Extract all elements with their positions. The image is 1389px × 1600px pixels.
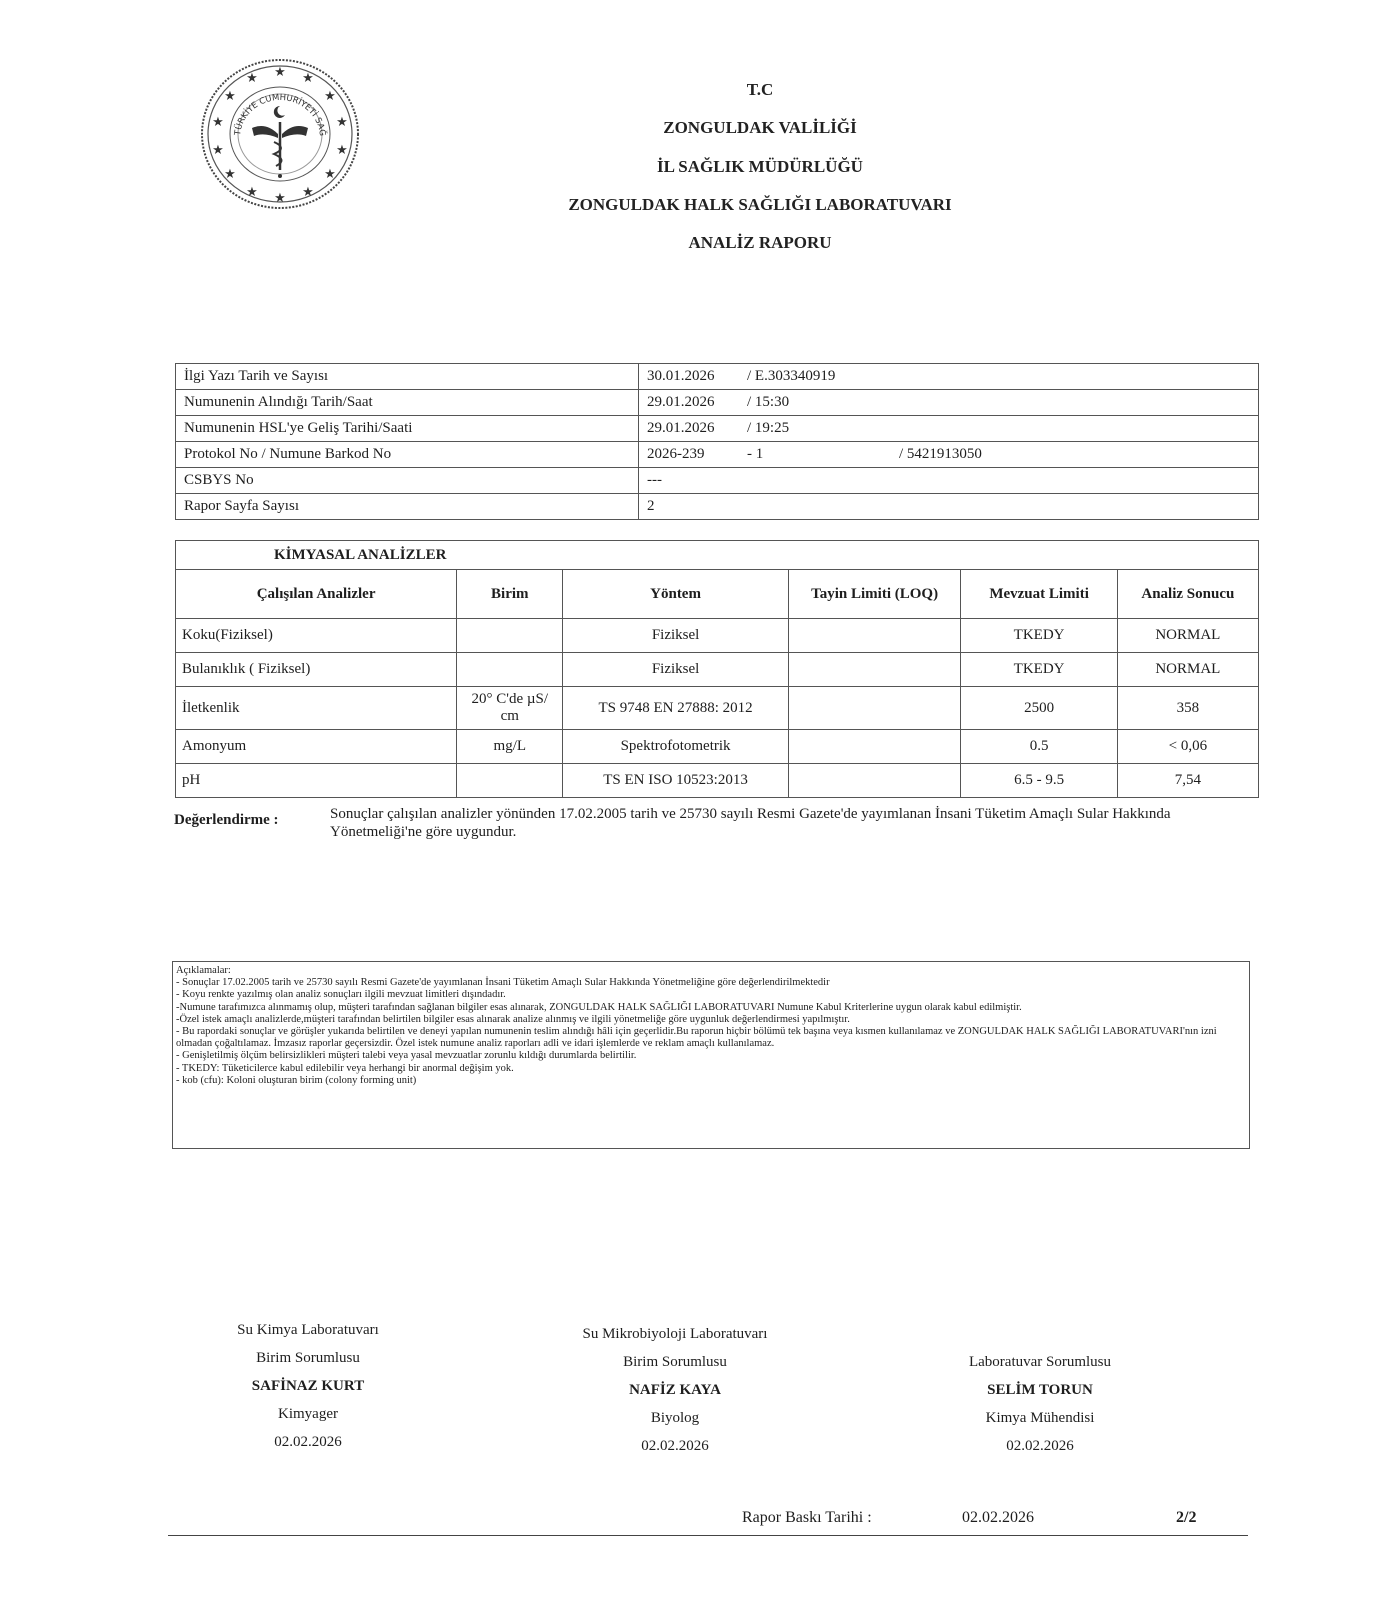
analysis-cell-name: İletkenlik: [176, 687, 457, 730]
analysis-cell-name: Bulanıklık ( Fiziksel): [176, 653, 457, 687]
print-date-label: Rapor Baskı Tarihi :: [742, 1509, 872, 1527]
analysis-cell-loq: [788, 687, 961, 730]
analysis-row: Bulanıklık ( Fiziksel)FizikselTKEDYNORMA…: [176, 653, 1259, 687]
header-laboratory: ZONGULDAK HALK SAĞLIĞI LABORATUVARI: [400, 195, 1120, 215]
info-value-2: / E.303340919: [747, 368, 899, 385]
column-header: Çalışılan Analizler: [176, 570, 457, 619]
info-value: 29.01.2026/ 15:30: [639, 390, 1259, 416]
analysis-cell-name: Koku(Fiziksel): [176, 619, 457, 653]
signature-role: Birim Sorumlusu: [178, 1344, 438, 1372]
svg-text:★: ★: [246, 71, 258, 86]
signature-title: Kimya Mühendisi: [910, 1404, 1170, 1432]
seal-icon: ★★★ ★★ ★★ ★★ ★★ ★★★ TÜRKİYE CUMHURİYETİ …: [200, 58, 360, 210]
info-value: 30.01.2026/ E.303340919: [639, 364, 1259, 390]
analysis-cell-method: Spektrofotometrik: [563, 730, 788, 764]
info-value-1: 29.01.2026: [647, 420, 747, 437]
note-item: - kob (cfu): Koloni oluşturan birim (col…: [176, 1075, 1246, 1087]
info-row: Numunenin Alındığı Tarih/Saat 29.01.2026…: [176, 390, 1259, 416]
column-header: Yöntem: [563, 570, 788, 619]
signature-date: 02.02.2026: [910, 1432, 1170, 1460]
note-item: - Koyu renkte yazılmış olan analiz sonuç…: [176, 989, 1246, 1001]
note-item: - TKEDY: Tüketicilerce kabul edilebilir …: [176, 1063, 1246, 1075]
info-label: Numunenin HSL'ye Geliş Tarihi/Saati: [176, 416, 639, 442]
note-item: - Genişletilmiş ölçüm belirsizlikleri mü…: [176, 1050, 1246, 1062]
signature-title: Biyolog: [545, 1404, 805, 1432]
analysis-cell-result: NORMAL: [1117, 653, 1258, 687]
svg-text:★: ★: [324, 167, 336, 182]
analysis-cell-method: TS EN ISO 10523:2013: [563, 764, 788, 798]
info-value: 2: [639, 494, 1259, 520]
analysis-cell-unit: 20° C'de µS/ cm: [457, 687, 563, 730]
chemical-analysis-table: KİMYASAL ANALİZLER Çalışılan AnalizlerBi…: [175, 540, 1259, 798]
analysis-cell-unit: mg/L: [457, 730, 563, 764]
signature-unit: Su Kimya Laboratuvarı: [178, 1316, 438, 1344]
info-value-1: 2: [647, 498, 747, 515]
column-header: Analiz Sonucu: [1117, 570, 1258, 619]
info-value-1: 30.01.2026: [647, 368, 747, 385]
info-row: CSBYS No ---: [176, 468, 1259, 494]
analysis-cell-limit: TKEDY: [961, 653, 1117, 687]
header-governorship: ZONGULDAK VALİLİĞİ: [400, 118, 1120, 138]
note-item: - Sonuçlar 17.02.2005 tarih ve 25730 say…: [176, 977, 1246, 989]
footer-divider: [168, 1535, 1248, 1536]
svg-text:★: ★: [224, 167, 236, 182]
analysis-cell-limit: TKEDY: [961, 619, 1117, 653]
svg-text:★: ★: [274, 65, 286, 80]
svg-text:★: ★: [246, 185, 258, 200]
info-label: Protokol No / Numune Barkod No: [176, 442, 639, 468]
info-label: CSBYS No: [176, 468, 639, 494]
info-value-1: ---: [647, 472, 747, 489]
analysis-cell-limit: 6.5 - 9.5: [961, 764, 1117, 798]
notes-box: Açıklamalar: - Sonuçlar 17.02.2005 tarih…: [172, 961, 1250, 1149]
note-item: -Özel istek amaçlı analizlerde,müşteri t…: [176, 1014, 1246, 1026]
ministry-seal-logo: ★★★ ★★ ★★ ★★ ★★ ★★★ TÜRKİYE CUMHURİYETİ …: [200, 58, 360, 210]
analysis-cell-loq: [788, 764, 961, 798]
analysis-cell-result: 7,54: [1117, 764, 1258, 798]
analysis-cell-result: 358: [1117, 687, 1258, 730]
note-item: -Numune tarafımızca alınmamış olup, müşt…: [176, 1002, 1246, 1014]
info-row: Protokol No / Numune Barkod No 2026-239-…: [176, 442, 1259, 468]
signature-name: SAFİNAZ KURT: [178, 1372, 438, 1400]
info-value-1: 29.01.2026: [647, 394, 747, 411]
column-header: Birim: [457, 570, 563, 619]
analysis-cell-loq: [788, 619, 961, 653]
info-value-2: - 1: [747, 446, 899, 463]
info-value: 29.01.2026/ 19:25: [639, 416, 1259, 442]
note-item: - Bu rapordaki sonuçlar ve görüşler yuka…: [176, 1026, 1246, 1050]
analysis-cell-unit: [457, 653, 563, 687]
analysis-cell-limit: 0.5: [961, 730, 1117, 764]
signature-name: SELİM TORUN: [910, 1376, 1170, 1404]
svg-text:★: ★: [302, 71, 314, 86]
analysis-row: Koku(Fiziksel)FizikselTKEDYNORMAL: [176, 619, 1259, 653]
notes-title: Açıklamalar:: [176, 965, 1246, 977]
print-date: 02.02.2026: [962, 1509, 1034, 1527]
analysis-cell-name: Amonyum: [176, 730, 457, 764]
info-value-2: / 19:25: [747, 420, 899, 437]
svg-text:★: ★: [336, 115, 348, 130]
info-row: Rapor Sayfa Sayısı 2: [176, 494, 1259, 520]
analysis-cell-loq: [788, 653, 961, 687]
svg-text:★: ★: [224, 89, 236, 104]
signature-role: Birim Sorumlusu: [545, 1348, 805, 1376]
analysis-cell-method: Fiziksel: [563, 653, 788, 687]
svg-text:★: ★: [212, 115, 224, 130]
analysis-cell-limit: 2500: [961, 687, 1117, 730]
info-value: 2026-239- 1/ 5421913050: [639, 442, 1259, 468]
info-label: İlgi Yazı Tarih ve Sayısı: [176, 364, 639, 390]
info-value: ---: [639, 468, 1259, 494]
svg-text:★: ★: [212, 143, 224, 158]
info-value-2: / 15:30: [747, 394, 899, 411]
analysis-cell-method: Fiziksel: [563, 619, 788, 653]
signature-unit: Su Mikrobiyoloji Laboratuvarı: [545, 1320, 805, 1348]
evaluation-text: Sonuçlar çalışılan analizler yönünden 17…: [330, 805, 1250, 841]
page-number: 2/2: [1176, 1509, 1196, 1527]
column-header: Tayin Limiti (LOQ): [788, 570, 961, 619]
analysis-row: pHTS EN ISO 10523:20136.5 - 9.57,54: [176, 764, 1259, 798]
info-row: İlgi Yazı Tarih ve Sayısı 30.01.2026/ E.…: [176, 364, 1259, 390]
analysis-row: İletkenlik20° C'de µS/ cmTS 9748 EN 2788…: [176, 687, 1259, 730]
sample-info-table: İlgi Yazı Tarih ve Sayısı 30.01.2026/ E.…: [175, 363, 1259, 520]
signature-date: 02.02.2026: [178, 1428, 438, 1456]
analysis-cell-method: TS 9748 EN 27888: 2012: [563, 687, 788, 730]
svg-text:★: ★: [302, 185, 314, 200]
svg-text:★: ★: [324, 89, 336, 104]
header-directorate: İL SAĞLIK MÜDÜRLÜĞÜ: [400, 157, 1120, 177]
info-value-1: 2026-239: [647, 446, 747, 463]
signature-name: NAFİZ KAYA: [545, 1376, 805, 1404]
analysis-section-title: KİMYASAL ANALİZLER: [176, 541, 1259, 570]
analysis-cell-unit: [457, 764, 563, 798]
analysis-cell-name: pH: [176, 764, 457, 798]
signature-date: 02.02.2026: [545, 1432, 805, 1460]
svg-text:★: ★: [336, 143, 348, 158]
signature-role: Laboratuvar Sorumlusu: [910, 1348, 1170, 1376]
header-tc: T.C: [400, 80, 1120, 100]
info-label: Numunenin Alındığı Tarih/Saat: [176, 390, 639, 416]
evaluation-label: Değerlendirme :: [174, 812, 279, 829]
analysis-cell-result: NORMAL: [1117, 619, 1258, 653]
analysis-cell-result: < 0,06: [1117, 730, 1258, 764]
signature-chemistry: Su Kimya Laboratuvarı Birim Sorumlusu SA…: [178, 1316, 438, 1456]
analysis-cell-unit: [457, 619, 563, 653]
svg-text:★: ★: [274, 191, 286, 206]
info-value-3: / 5421913050: [899, 446, 982, 462]
signature-title: Kimyager: [178, 1400, 438, 1428]
analysis-cell-loq: [788, 730, 961, 764]
signature-microbiology: Su Mikrobiyoloji Laboratuvarı Birim Soru…: [545, 1320, 805, 1460]
analysis-row: Amonyummg/LSpektrofotometrik0.5< 0,06: [176, 730, 1259, 764]
column-header: Mevzuat Limiti: [961, 570, 1117, 619]
report-title: ANALİZ RAPORU: [400, 233, 1120, 253]
signature-lab-manager: Laboratuvar Sorumlusu SELİM TORUN Kimya …: [910, 1348, 1170, 1460]
info-label: Rapor Sayfa Sayısı: [176, 494, 639, 520]
info-row: Numunenin HSL'ye Geliş Tarihi/Saati 29.0…: [176, 416, 1259, 442]
